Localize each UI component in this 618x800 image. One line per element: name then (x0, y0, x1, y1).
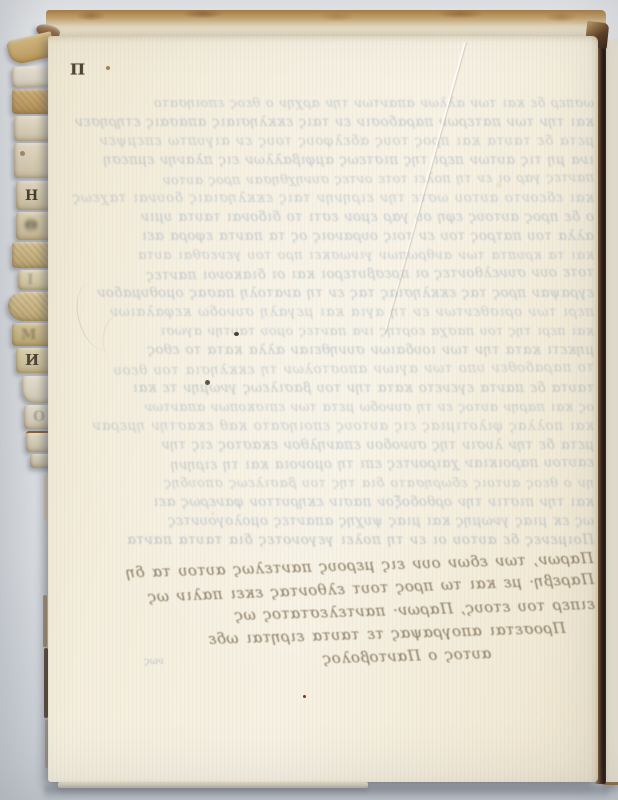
bleedthrough-line: μηκετι κατα την των ιουδαιων συνηθειαν α… (140, 341, 594, 360)
corner-quire-mark: Π (70, 60, 86, 78)
bleedthrough-line: μετα δε την λυσιν της συνοδου επανηλθον … (140, 436, 594, 455)
bleedthrough-line: αλλα του πατρος του εν τοις ουρανοις ος … (140, 227, 594, 246)
ink-dot (106, 66, 110, 70)
bleedthrough-line: ο δε προς αυτους εφη ου γαρ εμον εστι το… (140, 208, 594, 227)
tab-letter: Μ (21, 328, 37, 342)
bleedthrough-line: ως εκ μιας γνωμης και μιας ψυχης απαντες… (140, 512, 594, 531)
bleedthrough-line: τοτε ουν συνελθοντες οι πρεσβυτεροι και … (140, 263, 594, 285)
tab-letter: Ι (27, 273, 34, 287)
bleedthrough-line: ην ο θεος αυτοις εδωρησατο δια της του β… (140, 474, 594, 493)
bleedthrough-line: και πολλας φιλοτιμιας εις αυτους εποιησα… (140, 417, 594, 436)
bleedthrough-line: ινα μη τις αυτων περι της πιστεως αμφιβα… (140, 151, 594, 170)
bleedthrough-line: περι των ορισθεντων εν τη αγια και μεγαλ… (140, 303, 594, 322)
bleedthrough-line: εαυτου παροικιαν χαιροντες επι τη ομονοι… (140, 453, 594, 475)
bleedthrough-line: και εδεοντο αυτου ωστε την ειρηνην ταις … (140, 189, 594, 208)
ink-spot (234, 332, 239, 336)
page-edge-streak (45, 720, 48, 768)
ink-spot (205, 380, 210, 385)
page-edge-streak (44, 648, 48, 718)
bleedthrough-line: και τα κρυπτα των ανθρωπων γινωσκει προ … (140, 246, 594, 265)
bleedthrough-line: και την των πατερων παραδοσιν εν ταις εκ… (140, 113, 594, 132)
bleedthrough-line: Ποιμενες δε αυτου οι εν τη πολει γεγονοτ… (140, 531, 594, 550)
bleedthrough-line: και την πιστιν την ορθοδοξον πασιν εκηρυ… (140, 493, 594, 512)
bleedthrough-faint-block: ωσπερ δε και των αλλων απαντων την αρχην… (140, 94, 594, 550)
bleedthrough-dark-block: Παρων, των εδων ουν εις μερους παντελως … (141, 547, 596, 676)
red-ink-speck (303, 695, 306, 698)
bleedthrough-line: εγραψαν προς τας εκκλησιας τας εν τη ανα… (140, 284, 594, 303)
tab-letter: Η (25, 189, 38, 203)
tab-letter: И (25, 353, 39, 368)
manuscript-scan: Η Θ Ι Μ И О Π ωσπερ δε και των αλλων απα… (0, 0, 618, 800)
bleedthrough-line: και περι της του πασχα εορτης ινα παντες… (140, 322, 594, 341)
bleedthrough-tiny-mark: νως (144, 656, 164, 667)
bleedthrough-line: παντες γαρ οι εν τη πολει τοτε οντες συν… (140, 168, 594, 190)
page-bottom-shadow (44, 786, 608, 800)
manuscript-page: Π ωσπερ δε και των αλλων απαντων την αρχ… (48, 36, 598, 782)
tab-letter: Θ (25, 219, 37, 233)
page-edge-streak (44, 475, 47, 521)
bleedthrough-line: μετα δε ταυτα και προς τους αδελφους του… (140, 132, 594, 151)
bleedthrough-line: ωσπερ δε και των αλλων απαντων την αρχην… (140, 94, 594, 113)
bleedthrough-line: το παραδοθεν υπο των αγιων αποστολων τη … (140, 358, 594, 380)
bleedthrough-line: ος και παρην αυτος εν τη συνοδω μετα των… (140, 398, 594, 417)
page-edge-streak (43, 595, 47, 647)
tab-letter: О (33, 410, 45, 424)
